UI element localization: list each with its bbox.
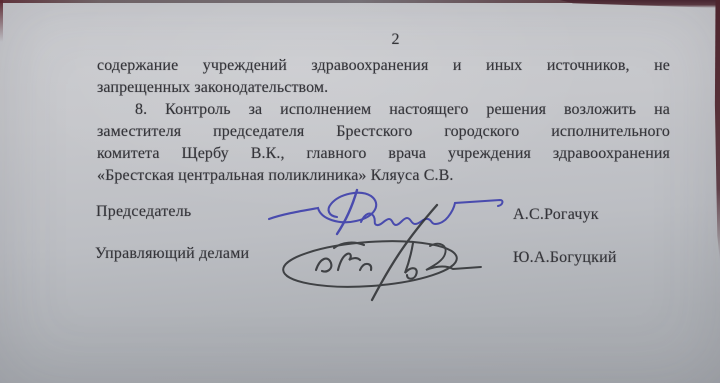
signatory-title-affairs-manager: Управляющий делами bbox=[95, 245, 249, 263]
document-photo: 2 содержание учреждений здравоохранения … bbox=[0, 0, 720, 383]
body-line-3: 8. Контроль за исполнением настоящего ре… bbox=[97, 99, 670, 121]
surface-top-right-corner bbox=[560, 0, 720, 8]
bogutsky-signature-ink bbox=[268, 198, 518, 318]
surface-right-edge bbox=[714, 0, 720, 262]
body-line-2: запрещенных законодательством. bbox=[97, 77, 670, 99]
body-line-5: комитета Щербу В.К., главного врача учре… bbox=[97, 143, 670, 165]
surface-top-edge bbox=[0, 0, 720, 3]
body-line-4: заместителя председателя Брестского горо… bbox=[97, 121, 670, 143]
surface-left-corner bbox=[0, 0, 3, 42]
signatory-name-bogutsky: Ю.А.Богуцкий bbox=[513, 249, 617, 267]
signatory-title-chairman: Председатель bbox=[96, 203, 191, 221]
document-body: содержание учреждений здравоохранения и … bbox=[97, 55, 670, 187]
body-line-1: содержание учреждений здравоохранения и … bbox=[97, 55, 670, 77]
page-number: 2 bbox=[97, 31, 682, 49]
signatory-name-rogachuk: А.С.Рогачук bbox=[513, 206, 599, 224]
